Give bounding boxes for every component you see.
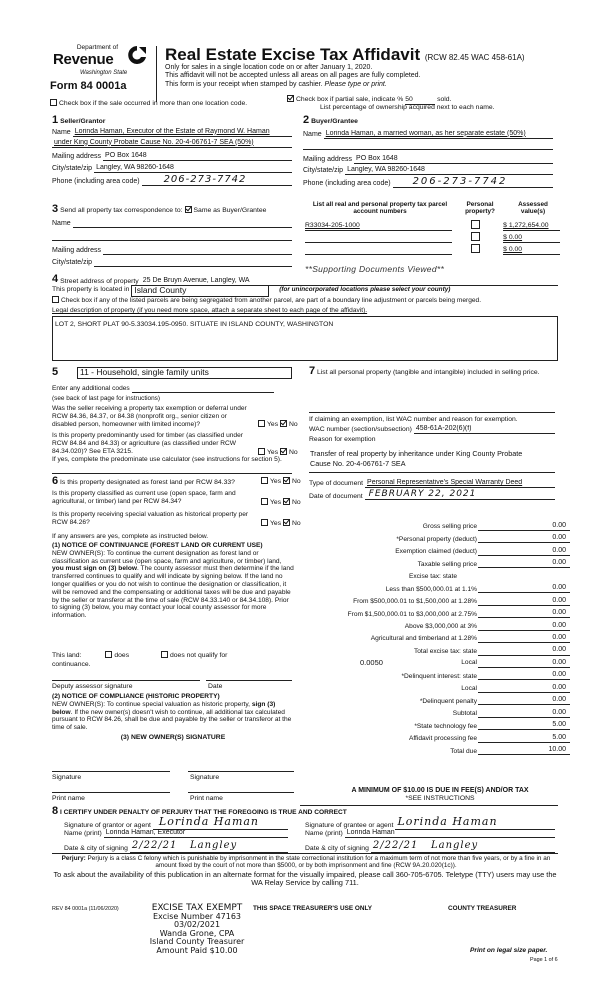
grantor-name-row: Name (print) Lorinda Haman, Executor — [64, 829, 288, 838]
form-number: Form 84 0001a — [50, 80, 126, 93]
q-historic: Is this property receiving special valua… — [52, 511, 252, 527]
yes-label: Yes — [267, 421, 278, 428]
yes-label: Yes — [267, 449, 278, 456]
segregated-checkbox[interactable] — [52, 296, 59, 303]
section-label: Buyer/Grantee — [311, 118, 358, 125]
amount-value[interactable]: 0.00 — [478, 709, 570, 718]
amount-label: Taxable selling price — [310, 561, 477, 569]
amount-value[interactable]: 5.00 — [478, 734, 570, 743]
amount-value[interactable]: 0.00 — [478, 659, 570, 668]
intro-italic: Please type or print. — [325, 81, 387, 88]
amount-label-text: *Delinquent penalty — [420, 698, 477, 705]
doc-date-label: Date of document — [309, 493, 363, 501]
correspondence-name-label: Name — [52, 220, 71, 228]
amount-label: Affidavit processing fee — [310, 735, 477, 743]
grantee-signature-row: Signature of grantee or agent Lorinda Ha… — [305, 816, 555, 830]
reason-line: Cause No. 20-4-06761-7 SEA — [310, 459, 522, 469]
amount-label-text: Local — [461, 659, 477, 666]
amount-label: Excise tax: state — [310, 573, 477, 581]
personal-property-cell — [456, 220, 497, 231]
grantor-date-row: Date & city of signing 2/22/21 Langley — [64, 840, 288, 853]
does-not-qualify-checkbox[interactable] — [161, 651, 168, 658]
amount-value[interactable]: 0.00 — [478, 634, 570, 643]
owner-print-line-2[interactable] — [188, 792, 294, 793]
seller-mailing-label: Mailing address — [52, 153, 101, 161]
perjury-notice: Perjury: Perjury is a class C felony whi… — [58, 855, 554, 870]
amount-row: Agricultural and timberland at 1.28%0.00 — [310, 632, 570, 643]
amount-label: Subtotal — [310, 710, 477, 718]
no-label: No — [292, 520, 301, 527]
treasurer-space-label: THIS SPACE TREASURER'S USE ONLY — [253, 905, 372, 912]
revision-label: REV 84 0001a (11/06/2020) — [52, 906, 119, 912]
q-timber-note: If yes, complete the predominate use cal… — [52, 456, 292, 464]
section-number: 3 — [52, 203, 58, 215]
notice-compliance-title: (2) NOTICE OF COMPLIANCE (HISTORIC PROPE… — [52, 693, 294, 701]
parcel-row: R33034-205-1000$ 1,272,654.00 — [305, 220, 560, 231]
amount-label-text: Gross selling price — [423, 523, 477, 530]
buyer-city-field[interactable]: Langley, WA 98260-1648 — [345, 166, 553, 175]
doc-type-row: Type of documentPersonal Representative'… — [309, 479, 555, 488]
owner-signature-line-1[interactable] — [52, 771, 170, 772]
amount-label: *Delinquent interest: state — [310, 673, 477, 681]
page-title: Real Estate Excise Tax Affidavit (RCW 82… — [165, 45, 525, 65]
correspondence-mailing-field[interactable] — [103, 246, 292, 255]
parcel-number-field[interactable] — [305, 242, 452, 243]
segregated-option[interactable]: Check box if any of the listed parcels a… — [52, 296, 481, 305]
amount-value[interactable]: 10.00 — [478, 746, 570, 755]
q-historic-no-checkbox[interactable] — [283, 519, 290, 526]
yes-label: Yes — [270, 499, 281, 506]
intro-text: Only for sales in a single location code… — [165, 64, 421, 89]
q-forest-answer: Yes No — [261, 477, 301, 486]
notice-text: NEW OWNER(S): To continue special valuat… — [52, 701, 250, 708]
amount-label: Total due — [310, 748, 477, 756]
correspondence-city-label: City/state/zip — [52, 259, 92, 267]
revenue-swoosh-icon — [126, 44, 148, 66]
grantor-signature-row: Signature of grantor or agent Lorinda Ha… — [64, 816, 288, 830]
deputy-date-label: Date — [208, 683, 222, 691]
grantor-name-label: Name (print) — [64, 830, 102, 838]
does-not-label: does not qualify for — [170, 652, 227, 659]
amount-row: Above $3,000,000 at 3%0.00 — [310, 620, 570, 631]
amount-value[interactable]: 0.00 — [478, 696, 570, 705]
personal-property-label: List all personal property (tangible and… — [317, 369, 540, 376]
print-note: Print on legal size paper. — [470, 947, 547, 955]
amount-label: 0.0050Local — [310, 659, 477, 668]
correspondence-label: Send all property tax correspondence to: — [60, 207, 182, 214]
amount-label: From $1,500,000.01 to $3,000,000 at 2.75… — [310, 611, 477, 619]
amount-row: From $1,500,000.01 to $3,000,000 at 2.75… — [310, 607, 570, 618]
local-rate: 0.0050 — [360, 659, 383, 668]
partial-sale-checkbox[interactable] — [287, 95, 294, 102]
print-name-label: Print name — [190, 795, 223, 803]
q-current-use-no-checkbox[interactable] — [283, 498, 290, 505]
seller-city-label: City/state/zip — [52, 165, 92, 173]
dor-logo: Department of Revenue Washington State F… — [50, 44, 148, 104]
reason-field[interactable]: Transfer of real property by inheritance… — [310, 449, 522, 469]
amount-label-text: Subtotal — [453, 710, 477, 717]
amount-label-text: Total due — [450, 748, 477, 755]
exemption-label: If claiming an exemption, list WAC numbe… — [309, 416, 518, 424]
amount-label: Agricultural and timberland at 1.28% — [310, 635, 477, 643]
correspondence-city-field[interactable] — [94, 258, 292, 267]
yes-label: Yes — [270, 478, 281, 485]
q-current-use-yes-checkbox[interactable] — [261, 498, 268, 505]
q-forest-yes-checkbox[interactable] — [261, 477, 268, 484]
grantee-name-row: Name (print) Lorinda Haman — [305, 829, 555, 838]
notice-text: . If the new owner(s) doesn't wish to co… — [52, 709, 291, 732]
parcel-row: $ 0.00 — [305, 244, 560, 255]
deputy-signature-line[interactable] — [52, 680, 200, 681]
reason-line: Transfer of real property by inheritance… — [310, 449, 522, 459]
county-treasurer-label: COUNTY TREASURER — [448, 905, 516, 912]
perjury-bold: Perjury: — [62, 855, 86, 862]
correspondence-name-field-2[interactable] — [52, 232, 292, 241]
deputy-date-line[interactable] — [206, 680, 292, 681]
amount-row: *Delinquent interest: state0.00 — [310, 669, 570, 680]
no-label: No — [289, 449, 298, 456]
q-historic-answer: Yes No — [261, 519, 301, 528]
located-label: This property is located in — [52, 286, 129, 293]
multi-location-checkbox[interactable] — [50, 99, 57, 106]
yes-label: Yes — [270, 520, 281, 527]
amount-row: *State technology fee5.00 — [310, 719, 570, 730]
additional-codes-field[interactable] — [132, 386, 274, 393]
parcel-table-header: List all real and personal property tax … — [305, 201, 560, 216]
alternate-format-note: To ask about the availability of this pu… — [52, 871, 558, 887]
q-current-use-answer: Yes No — [261, 498, 301, 507]
assessed-value-field[interactable]: $ 0.00 — [503, 246, 560, 255]
legal-description-label: Legal description of property (if you ne… — [52, 307, 367, 315]
no-label: No — [292, 499, 301, 506]
county-select[interactable]: Island County — [131, 285, 269, 297]
correspondence-section: 3 Send all property tax correspondence t… — [52, 203, 292, 267]
amount-label-text: Affidavit processing fee — [409, 735, 477, 742]
correspondence-name-field[interactable] — [73, 219, 292, 228]
amount-value[interactable]: 0.00 — [478, 547, 570, 556]
additional-codes-row: Enter any additional codes — [52, 385, 274, 393]
amount-label: Total excise tax: state — [310, 648, 477, 656]
amount-row: Gross selling price0.00 — [310, 520, 570, 531]
amount-row: *Delinquent penalty0.00 — [310, 694, 570, 705]
personal-property-checkbox[interactable] — [471, 232, 480, 241]
grantor-date-label: Date & city of signing — [64, 845, 128, 853]
amount-label: *Delinquent penalty — [310, 698, 477, 706]
section-label: Seller/Grantor — [60, 118, 105, 125]
amount-label-text: Excise tax: state — [409, 573, 457, 580]
seller-section: 1 Seller/Grantor NameLorinda Haman, Exec… — [52, 114, 292, 186]
amount-label-text: From $1,500,000.01 to $3,000,000 at 2.75… — [348, 611, 477, 618]
parcel-row: $ 0.00 — [305, 232, 560, 243]
assessed-value-field[interactable]: $ 1,272,654.00 — [503, 222, 560, 231]
treasurer-stamp: EXCISE TAX EXEMPTExcise Number 4716303/0… — [132, 904, 262, 956]
certify-text: I CERTIFY UNDER PENALTY OF PERJURY THAT … — [60, 809, 347, 816]
signature-label: Signature — [190, 774, 219, 782]
no-label: No — [289, 421, 298, 428]
amount-row: Exemption claimed (deduct)0.00 — [310, 545, 570, 556]
logo-revenue: Revenue — [53, 51, 113, 68]
deputy-label: Deputy assessor signature — [52, 683, 132, 691]
personal-property-checkbox[interactable] — [471, 244, 480, 253]
wac-row: WAC number (section/subsection)458-61A-2… — [309, 425, 555, 434]
perjury-text: Perjury is a class C felony which is pun… — [88, 855, 551, 869]
buyer-name-label: Name — [303, 131, 322, 139]
section-number: 6 — [52, 475, 58, 487]
q-timber-no-checkbox[interactable] — [280, 448, 287, 455]
partial-sale-suffix: sold. — [437, 96, 451, 103]
doc-type-label: Type of document — [309, 480, 363, 488]
parcel-number-field[interactable]: R33034-205-1000 — [305, 222, 452, 231]
parcel-number-field[interactable] — [305, 254, 452, 255]
personal-property-checkbox[interactable] — [471, 220, 480, 229]
section-number: 7 — [309, 365, 315, 377]
seller-name-field-2[interactable]: under King County Probate Cause No. 20-4… — [52, 139, 292, 148]
amount-label-text: Less than $500,000.01 at 1.1% — [386, 586, 477, 593]
grantee-date-row: Date & city of signing 2/22/21 Langley — [305, 840, 555, 853]
buyer-section: 2 Buyer/Grantee NameLorinda Haman, a mar… — [303, 114, 553, 188]
buyer-mailing-label: Mailing address — [303, 156, 352, 164]
seller-mailing-field[interactable]: PO Box 1648 — [103, 152, 292, 161]
amount-value[interactable]: 0.00 — [478, 597, 570, 606]
buyer-name-field[interactable]: Lorinda Haman, a married woman, as her s… — [324, 130, 553, 139]
amount-value[interactable]: 0.00 — [478, 671, 570, 680]
land-use-select[interactable]: 11 - Household, single family units — [77, 367, 292, 379]
segregated-label: Check box if any of the listed parcels a… — [61, 297, 481, 304]
amount-label-text: Agricultural and timberland at 1.28% — [371, 635, 477, 642]
notice-compliance: (2) NOTICE OF COMPLIANCE (HISTORIC PROPE… — [52, 693, 294, 732]
amount-value[interactable]: 0.00 — [478, 522, 570, 531]
q-current-use: Is this property classified as current u… — [52, 490, 252, 506]
doc-type-field[interactable]: Personal Representative's Special Warran… — [365, 479, 555, 488]
section-7-label: 7 List all personal property (tangible a… — [309, 367, 559, 377]
same-as-buyer-label: Same as Buyer/Grantee — [194, 207, 267, 214]
amount-row: Excise tax: state — [310, 570, 570, 581]
personal-property-cell — [456, 232, 497, 243]
q-timber: Is this property predominantly used for … — [52, 432, 247, 455]
print-name-label: Print name — [52, 795, 85, 803]
amount-row: Total excise tax: state0.00 — [310, 645, 570, 656]
see-instructions: *SEE INSTRUCTIONS — [310, 795, 570, 803]
notice-continuance: (1) NOTICE OF CONTINUANCE (FOREST LAND O… — [52, 542, 294, 620]
amount-label-text: *Personal property (deduct) — [396, 536, 477, 543]
assessed-value-field[interactable]: $ 0.00 — [503, 234, 560, 243]
seller-phone-field[interactable]: 206-273-7742 — [142, 174, 292, 187]
ownership-note: List percentage of ownership acquired ne… — [320, 104, 495, 112]
section-number: 8 — [52, 805, 58, 817]
amount-label: From $500,000.01 to $1,500,000 at 1.28% — [310, 598, 477, 606]
amount-label: Exemption claimed (deduct) — [310, 548, 477, 556]
amount-value[interactable]: 0.00 — [478, 534, 570, 543]
this-land-label: This land: — [52, 652, 81, 659]
col-personal-header: Personal property? — [459, 201, 501, 216]
notice-bold: you must sign on (3) below — [52, 565, 137, 572]
section-number: 4 — [52, 273, 58, 286]
amount-row: From $500,000.01 to $1,500,000 at 1.28%0… — [310, 595, 570, 606]
grantor-signature[interactable]: Lorinda Haman — [153, 816, 288, 830]
amount-label-text: Total excise tax: state — [414, 648, 477, 655]
grantee-name-field[interactable]: Lorinda Haman — [345, 829, 555, 838]
section-number: 2 — [303, 114, 309, 126]
q-timber-yes-checkbox[interactable] — [258, 448, 265, 455]
grantee-city: Langley — [431, 840, 478, 851]
amount-value[interactable]: 0.00 — [478, 584, 570, 593]
amount-label-text: Exemption claimed (deduct) — [395, 548, 477, 555]
title-text: Real Estate Excise Tax Affidavit — [165, 45, 420, 64]
section-number: 5 — [52, 366, 58, 378]
intro-line: This affidavit will not be accepted unle… — [165, 72, 421, 80]
seller-city-field[interactable]: Langley, WA 98260-1648 — [94, 164, 292, 173]
col-assessed-header: Assessed value(s) — [507, 201, 559, 216]
amount-row: Subtotal0.00 — [310, 707, 570, 718]
amount-value[interactable]: 5.00 — [478, 721, 570, 730]
section-number: 1 — [52, 114, 58, 126]
header-divider — [156, 46, 157, 102]
title-citation: (RCW 82.45 WAC 458-61A) — [425, 53, 525, 62]
q-forest-text: Is this property designated as forest la… — [60, 479, 235, 486]
owner-print-line-1[interactable] — [52, 792, 170, 793]
buyer-phone-field[interactable]: 206-273-7742 — [393, 176, 553, 189]
legal-description-field[interactable]: LOT 2, SHORT PLAT 90-5.33034.195-0950. S… — [52, 316, 558, 361]
grantee-date-label: Date & city of signing — [305, 845, 369, 853]
correspondence-mailing-label: Mailing address — [52, 247, 101, 255]
amount-row: Less than $500,000.01 at 1.1%0.00 — [310, 582, 570, 593]
amount-row: Local0.00 — [310, 682, 570, 693]
buyer-mailing-field[interactable]: PO Box 1648 — [354, 155, 553, 164]
grantor-city: Langley — [190, 840, 237, 851]
amount-row: 0.0050Local0.00 — [310, 657, 570, 668]
amount-value[interactable]: 0.00 — [478, 609, 570, 618]
amount-label: Less than $500,000.01 at 1.1% — [310, 586, 477, 594]
seller-name-label: Name — [52, 129, 71, 137]
q-exemption: Was the seller receiving a property tax … — [52, 405, 252, 428]
if-yes-note: If any answers are yes, complete as inst… — [52, 533, 208, 541]
wac-label: WAC number (section/subsection) — [309, 426, 412, 434]
section-5-number: 5 — [52, 366, 58, 379]
grantee-date: 2/22/21 — [373, 840, 419, 851]
divider — [309, 472, 555, 473]
wac-field[interactable]: 458-61A-202(6)(f) — [414, 425, 555, 434]
grantee-name-label: Name (print) — [305, 830, 343, 838]
amount-label: *State technology fee — [310, 723, 477, 731]
q-exemption-answer: Yes No — [258, 420, 298, 429]
multi-location-option[interactable]: Check box if the sale occurred in more t… — [50, 99, 247, 108]
amount-label: *Personal property (deduct) — [310, 536, 477, 544]
amount-value[interactable]: 0.00 — [478, 622, 570, 631]
amount-label-text: Local — [461, 685, 477, 692]
amount-row: *Personal property (deduct)0.00 — [310, 532, 570, 543]
personal-property-line[interactable] — [309, 412, 555, 413]
logo-state: Washington State — [80, 70, 127, 77]
amount-label-text: Taxable selling price — [418, 561, 477, 568]
location-row: This property is located in Island Count… — [52, 285, 450, 297]
q-forest: 6 Is this property designated as forest … — [52, 475, 235, 488]
col-parcel-header: List all real and personal property tax … — [305, 201, 455, 216]
amount-label-text: *State technology fee — [414, 723, 477, 730]
no-label: No — [292, 478, 301, 485]
divider — [52, 853, 558, 854]
buyer-name-field-2[interactable] — [303, 141, 553, 150]
amount-label-text: From $500,000.01 to $1,500,000 at 1.28% — [353, 598, 477, 605]
amount-value[interactable]: 0.00 — [478, 646, 570, 655]
seller-name-field[interactable]: Lorinda Haman, Executor of the Estate of… — [73, 128, 292, 137]
this-land-row: This land: does does not qualify for — [52, 651, 227, 660]
q-historic-yes-checkbox[interactable] — [261, 519, 268, 526]
amount-label-text: Above $3,000,000 at 3% — [405, 623, 477, 630]
amount-label: Gross selling price — [310, 523, 477, 531]
same-as-buyer-checkbox[interactable] — [185, 206, 192, 213]
grantor-name-field[interactable]: Lorinda Haman, Executor — [104, 829, 288, 838]
street-address-row: 4 Street address of property 25 De Bruyn… — [52, 273, 558, 286]
additional-codes-note: (see back of last page for instructions) — [52, 395, 160, 402]
personal-property-cell — [456, 244, 497, 255]
reason-label: Reason for exemption — [309, 436, 376, 444]
q-exemption-no-checkbox[interactable] — [280, 420, 287, 427]
grantor-date: 2/22/21 — [132, 840, 178, 851]
grantor-date-field[interactable]: 2/22/21 Langley — [130, 840, 288, 853]
amount-label-text: *Delinquent interest: state — [401, 673, 477, 680]
parcel-table: List all real and personal property tax … — [305, 201, 560, 255]
doc-date-row: Date of documentFEBRUARY 22, 2021 — [309, 489, 555, 500]
amount-value[interactable]: 0.00 — [478, 684, 570, 693]
intro-line: This form is your receipt when stamped b… — [165, 81, 323, 88]
grantee-date-field[interactable]: 2/22/21 Langley — [371, 840, 555, 853]
page-number: Page 1 of 6 — [530, 957, 558, 963]
owner-signature-line-2[interactable] — [188, 771, 294, 772]
does-qualify-checkbox[interactable] — [105, 651, 112, 658]
grantee-signature[interactable]: Lorinda Haman — [395, 816, 555, 830]
notice-text: . The county assessor must then determin… — [52, 565, 294, 619]
buyer-phone-label: Phone (including area code) — [303, 180, 391, 188]
county-note: (for unincorporated locations please sel… — [279, 286, 450, 293]
amount-row: Taxable selling price0.00 — [310, 557, 570, 568]
amount-row: Affidavit processing fee5.00 — [310, 732, 570, 743]
q-exemption-yes-checkbox[interactable] — [258, 420, 265, 427]
stamp-line: Amount Paid $10.00 — [132, 947, 262, 956]
notice-continuance-title: (1) NOTICE OF CONTINUANCE (FOREST LAND O… — [52, 542, 294, 550]
continuance-label: continuance. — [52, 661, 91, 669]
amount-value[interactable]: 0.00 — [478, 559, 570, 568]
signature-label: Signature — [52, 774, 81, 782]
notice-text: NEW OWNER(S): To continue the current de… — [52, 550, 281, 565]
doc-date-field[interactable]: FEBRUARY 22, 2021 — [365, 489, 555, 500]
amount-label: Local — [310, 685, 477, 693]
amount-label: Above $3,000,000 at 3% — [310, 623, 477, 631]
new-owner-signature-title: (3) NEW OWNER(S) SIGNATURE — [52, 734, 294, 742]
minimum-note: A MINIMUM OF $10.00 IS DUE IN FEE(S) AND… — [310, 787, 570, 795]
seller-phone-label: Phone (including area code) — [52, 178, 140, 186]
buyer-city-label: City/state/zip — [303, 167, 343, 175]
intro-line: Only for sales in a single location code… — [165, 64, 421, 72]
additional-codes-label: Enter any additional codes — [52, 385, 130, 393]
amount-row: Total due10.00 — [310, 744, 570, 755]
q-forest-no-checkbox[interactable] — [283, 477, 290, 484]
multi-location-label: Check box if the sale occurred in more t… — [59, 100, 247, 107]
partial-sale-label: Check box if partial sale, indicate % — [296, 96, 403, 103]
divider — [52, 473, 292, 474]
does-label: does — [114, 652, 129, 659]
